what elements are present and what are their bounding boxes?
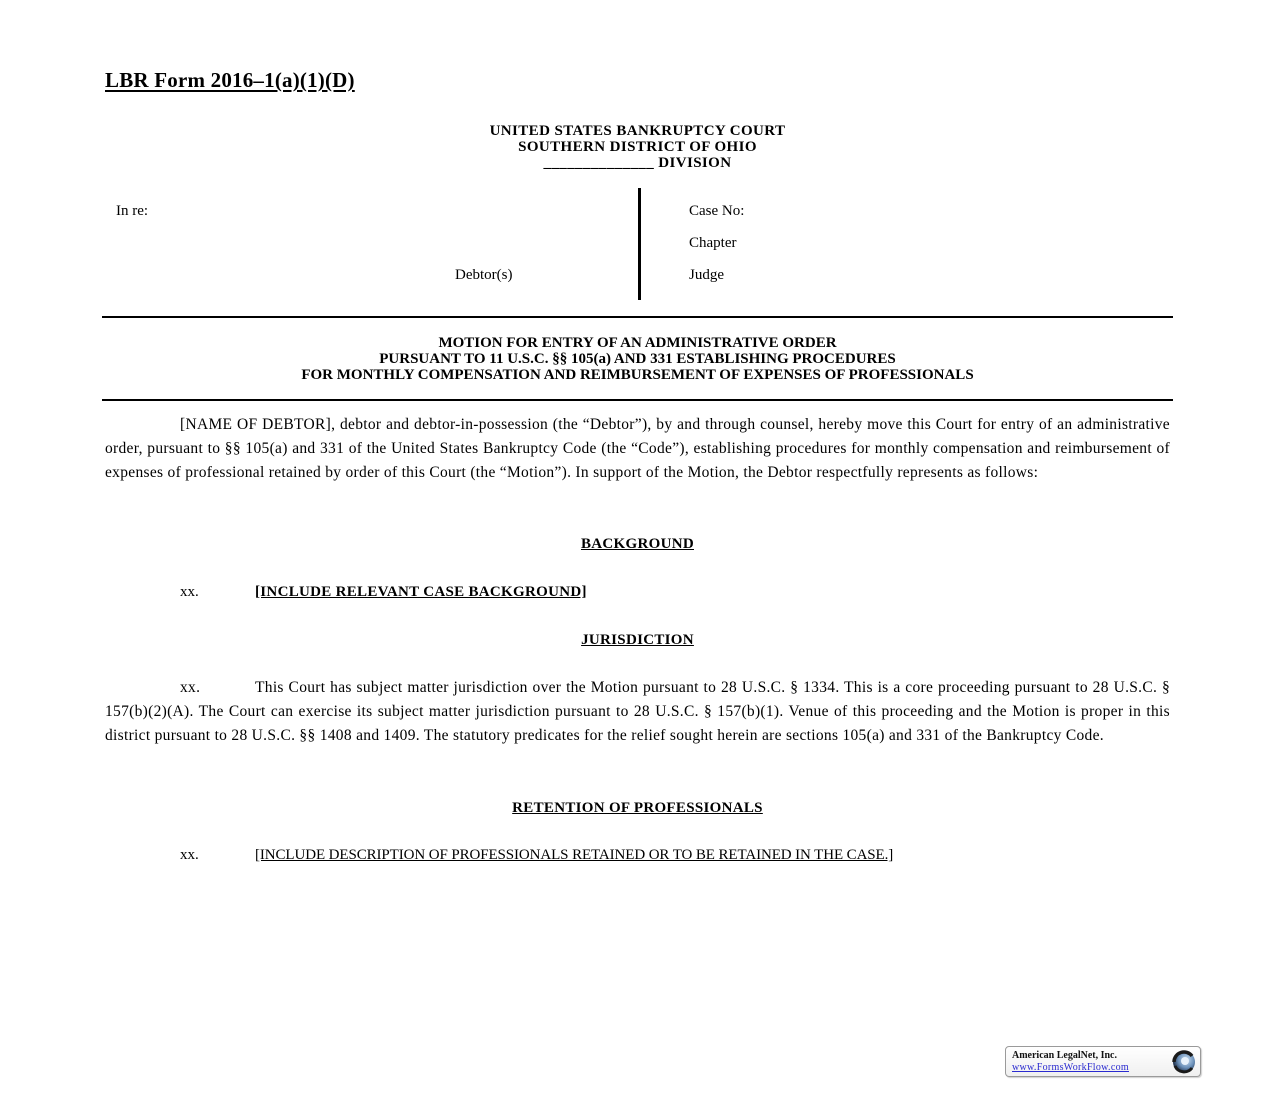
footer-badge[interactable]: American LegalNet, Inc. www.FormsWorkFlo… xyxy=(1005,1046,1201,1077)
in-re-label: In re: xyxy=(116,203,148,220)
debtor-label: Debtor(s) xyxy=(455,267,512,284)
case-number-label: Case No: xyxy=(689,203,744,220)
judge-label: Judge xyxy=(689,267,724,284)
background-heading: BACKGROUND xyxy=(0,536,1275,553)
jurisdiction-item-number: xx. xyxy=(180,676,255,700)
motion-title-line-2: PURSUANT TO 11 U.S.C. §§ 105(a) AND 331 … xyxy=(0,351,1275,367)
chapter-label: Chapter xyxy=(689,235,736,252)
court-division: ______________ DIVISION xyxy=(0,155,1275,171)
caption-divider xyxy=(638,188,641,300)
horizontal-rule-bottom xyxy=(102,399,1173,401)
jurisdiction-paragraph: xx.This Court has subject matter jurisdi… xyxy=(105,676,1170,748)
globe-swirl-icon xyxy=(1169,1049,1197,1075)
form-identifier: LBR Form 2016–1(a)(1)(D) xyxy=(105,68,355,93)
background-item-placeholder: [INCLUDE RELEVANT CASE BACKGROUND] xyxy=(255,584,587,601)
badge-company-name: American LegalNet, Inc. xyxy=(1012,1050,1117,1061)
motion-title: MOTION FOR ENTRY OF AN ADMINISTRATIVE OR… xyxy=(0,335,1275,383)
background-item-number: xx. xyxy=(180,584,199,601)
retention-heading: RETENTION OF PROFESSIONALS xyxy=(0,800,1275,817)
jurisdiction-item-text: This Court has subject matter jurisdicti… xyxy=(105,679,1170,744)
court-name: UNITED STATES BANKRUPTCY COURT xyxy=(0,123,1275,139)
motion-title-line-1: MOTION FOR ENTRY OF AN ADMINISTRATIVE OR… xyxy=(0,335,1275,351)
jurisdiction-heading: JURISDICTION xyxy=(0,632,1275,649)
retention-item-number: xx. xyxy=(180,847,199,864)
intro-paragraph: [NAME OF DEBTOR], debtor and debtor-in-p… xyxy=(105,413,1170,485)
motion-title-line-3: FOR MONTHLY COMPENSATION AND REIMBURSEME… xyxy=(0,367,1275,383)
court-header: UNITED STATES BANKRUPTCY COURT SOUTHERN … xyxy=(0,123,1275,171)
badge-website-link[interactable]: www.FormsWorkFlow.com xyxy=(1012,1062,1129,1073)
court-district: SOUTHERN DISTRICT OF OHIO xyxy=(0,139,1275,155)
intro-paragraph-text: [NAME OF DEBTOR], debtor and debtor-in-p… xyxy=(105,416,1170,481)
horizontal-rule-top xyxy=(102,316,1173,318)
retention-item-placeholder: [INCLUDE DESCRIPTION OF PROFESSIONALS RE… xyxy=(255,847,893,864)
